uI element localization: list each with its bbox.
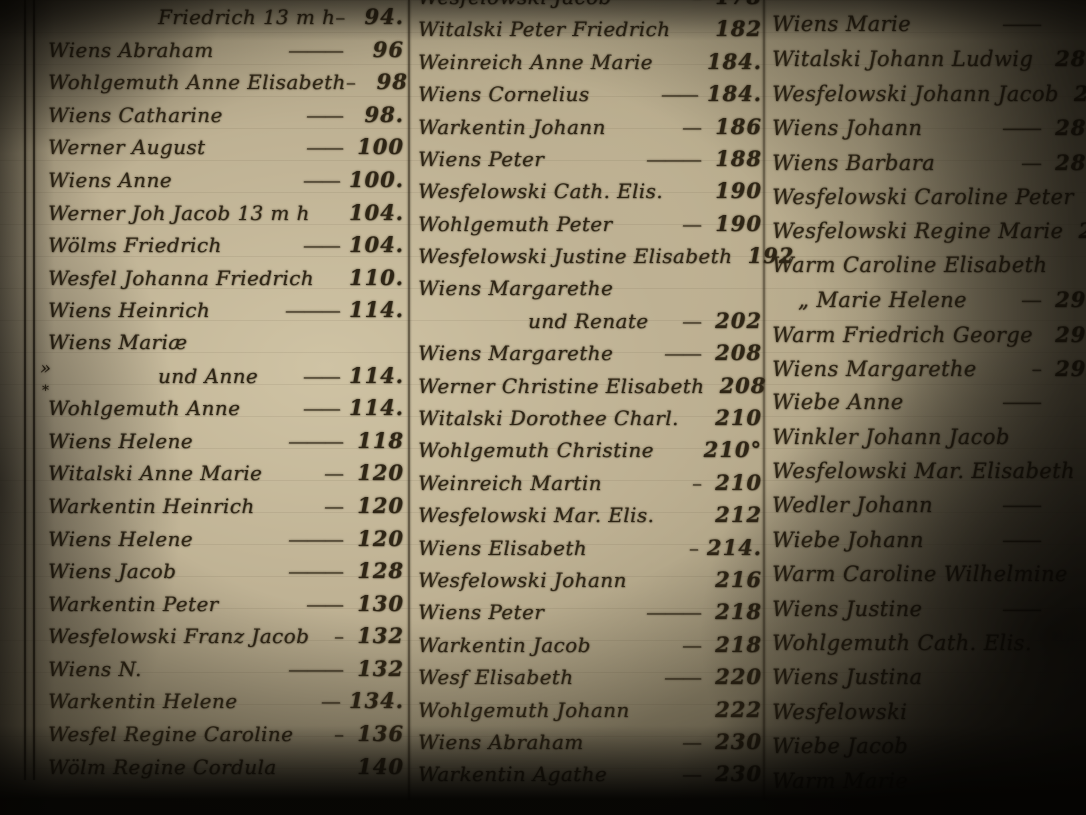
- entry-name: Wiens Catharine: [48, 103, 223, 127]
- register-entry: Wiens Peter ——— 218: [418, 599, 762, 631]
- entry-page-number: 218: [710, 599, 762, 624]
- entry-dash: ———: [142, 657, 352, 681]
- entry-page-number: 188: [710, 146, 762, 171]
- entry-page-number: 130: [352, 591, 404, 616]
- entry-page-number: 98: [356, 69, 408, 94]
- entry-name: und Anne: [158, 364, 258, 388]
- entry-name: Warkentin Peter: [48, 592, 219, 616]
- entry-page-number: 282: [1069, 81, 1086, 106]
- register-entry: Wiens Heinrich ——— 114.: [48, 297, 404, 330]
- entry-page-number: 128: [352, 558, 404, 583]
- entry-page-number: 178: [710, 0, 762, 9]
- entry-page-number: 114.: [349, 363, 404, 388]
- entry-dash: ——: [922, 116, 1050, 140]
- entry-dash: —: [967, 288, 1050, 312]
- entry-page-number: 292: [1050, 356, 1086, 381]
- entry-page-number: 214.: [707, 535, 762, 560]
- entry-page-number: 202: [710, 308, 762, 333]
- register-entry: Warkentin Peter —— 130: [48, 591, 404, 624]
- entry-name: Witalski Dorothee Charl.: [418, 406, 679, 430]
- entry-name: Warkentin Heinrich: [48, 494, 255, 518]
- entry-dash: —: [649, 309, 711, 333]
- column-separator-2: [763, 0, 765, 800]
- entry-dash: ——: [613, 341, 710, 365]
- entry-name: Wohlgemuth Anne Elisabeth: [48, 70, 346, 94]
- entry-page-number: 212: [710, 502, 762, 527]
- entry-page-number: 132: [352, 656, 404, 681]
- entry-page-number: 184.: [707, 81, 762, 106]
- entry-name: Wiens Abraham: [418, 730, 584, 754]
- entry-name: Wesfelowski Mar. Elisabeth: [772, 459, 1075, 483]
- entry-dash: ——: [222, 233, 349, 257]
- entry-name: Wohlgemuth Johann: [418, 698, 630, 722]
- entry-dash: ——: [574, 665, 710, 689]
- entry-name: Wiens Cornelius: [418, 82, 590, 106]
- register-entry: Werner Christine Elisabeth 208: [418, 373, 762, 405]
- entry-page-number: 132: [352, 623, 404, 648]
- entry-name: Wesf Elisabeth: [418, 665, 574, 689]
- register-entry: Wohlgemuth Peter — 190: [418, 211, 762, 243]
- register-entry: Wiebe Anne ——: [772, 390, 1086, 424]
- register-entry: Wölm Regine Cordula 140: [48, 754, 404, 787]
- entry-name: Wiens Jacob: [48, 559, 176, 583]
- register-entry: Wiens Cornelius —— 184.: [418, 81, 762, 113]
- entry-name: Wiens Justine: [772, 597, 922, 621]
- entry-dash: ——: [911, 12, 1050, 36]
- entry-name: Witalski Johann Ludwig: [772, 47, 1033, 71]
- entry-page-number: 96: [352, 37, 404, 62]
- entry-dash: ———: [544, 147, 710, 171]
- entry-name: Wiens Barbara: [772, 151, 935, 175]
- entry-name: Witalski Peter Friedrich: [418, 17, 670, 41]
- entry-name: Wölm Regine Cordula: [48, 755, 277, 779]
- entry-page-number: 284: [1050, 115, 1086, 140]
- register-entry: Weinreich Martin – 210: [418, 470, 762, 502]
- entry-page-number: 136: [352, 721, 404, 746]
- entry-name: Wiens Helene: [48, 527, 193, 551]
- register-entry: Wiens Margarethe – 292: [772, 356, 1086, 390]
- register-entry: Wiens Helene ——— 120: [48, 526, 404, 559]
- register-entry: Wiens Abraham ——— 96: [48, 37, 404, 70]
- register-entry: Warm Friedrich George 290: [772, 322, 1086, 356]
- register-entry: Wesfelowski Regine Marie 288: [772, 218, 1086, 252]
- entry-dash: ——: [922, 597, 1050, 621]
- register-entry: Wiens Abraham — 230: [418, 729, 762, 761]
- register-entry: Wesfelowski Jacob – 178: [418, 0, 762, 16]
- entry-page-number: 222: [710, 697, 762, 722]
- entry-dash: ———: [214, 38, 352, 62]
- entry-page-number: 218: [710, 632, 762, 657]
- entry-name: Wiens Abraham: [48, 38, 214, 62]
- register-entry: Wiens Anne —— 100.: [48, 167, 404, 200]
- entry-page-number: 104.: [349, 200, 404, 225]
- register-entry: Wiebe Johann ——: [772, 528, 1086, 562]
- register-entry: Wesfelowski Johann 216: [418, 567, 762, 599]
- entry-name: Wiebe Jacob: [772, 734, 908, 758]
- entry-page-number: 190: [710, 211, 762, 236]
- entry-name: Wiens Margarethe: [772, 357, 977, 381]
- entry-name: Wesfel Regine Caroline: [48, 722, 293, 746]
- entry-page-number: 104.: [349, 232, 404, 257]
- entry-name: Wesfelowski Johann: [418, 568, 627, 592]
- register-entry: Wesfelowski Justine Elisabeth 192: [418, 243, 762, 275]
- register-entry: Wiens Catharine —— 98.: [48, 102, 404, 135]
- register-entry: Wiens Justina: [772, 665, 1086, 699]
- entry-page-number: 210: [710, 470, 762, 495]
- entry-name: Wesfelowski Johann Jacob: [772, 82, 1059, 106]
- entry-dash: —: [607, 762, 710, 786]
- entry-name: Wiens Margarethe: [418, 341, 613, 365]
- entry-page-number: 118: [352, 428, 404, 453]
- entry-page-number: 216: [710, 567, 762, 592]
- entry-page-number: 120: [352, 460, 404, 485]
- entry-name: Wesfelowski: [772, 700, 907, 724]
- entry-dash: –: [346, 70, 356, 94]
- entry-page-number: 114.: [349, 297, 404, 322]
- entry-name: Werner Christine Elisabeth: [418, 374, 704, 398]
- register-entry: Wesfelowski Johann Jacob 282: [772, 81, 1086, 115]
- entry-page-number: 134.: [349, 688, 404, 713]
- entry-page-number: 120: [352, 526, 404, 551]
- entry-page-number: 288: [1073, 218, 1086, 243]
- entry-page-number: 286: [1050, 150, 1086, 175]
- entry-page-number: 210: [710, 405, 762, 430]
- entry-dash: ——: [924, 528, 1050, 552]
- register-entry: Wohlgemuth Anne —— 114.: [48, 395, 404, 428]
- entry-name: Wesfelowski Franz Jacob: [48, 624, 309, 648]
- entry-page-number: 290: [1050, 322, 1086, 347]
- entry-name: Wohlgemuth Peter: [418, 212, 613, 236]
- register-entry: Warm Caroline Wilhelmine: [772, 562, 1086, 596]
- entry-dash: —: [262, 461, 352, 485]
- entry-name: Wohlgemuth Anne: [48, 396, 240, 420]
- entry-page-number: 290: [1050, 287, 1086, 312]
- entry-page-number: 100: [352, 134, 404, 159]
- entry-name: Werner August: [48, 135, 205, 159]
- column-separator-1: [408, 0, 410, 800]
- register-entry: Warkentin Agathe — 230: [418, 761, 762, 793]
- register-column-1: Friedrich 13 m h – 94. Wiens Abraham ———…: [48, 4, 404, 786]
- entry-name: Wiens Marie: [772, 12, 911, 36]
- register-entry: Wiebe Jacob: [772, 734, 1086, 768]
- entry-page-number: 190: [710, 178, 762, 203]
- register-entry: Wedler Johann ——: [772, 493, 1086, 527]
- margin-annotation-mark: »: [40, 358, 51, 379]
- entry-name: Wohlgemuth Christine: [418, 438, 654, 462]
- register-entry: Weinreich Anne Marie 184.: [418, 49, 762, 81]
- entry-name: Warm Marie: [772, 769, 908, 793]
- register-entry: Wesfelowski Mar. Elisabeth: [772, 459, 1086, 493]
- entry-name: Warm Caroline Elisabeth: [772, 253, 1047, 277]
- left-margin-rule-outer: [24, 0, 26, 780]
- register-entry: Warkentin Heinrich — 120: [48, 493, 404, 526]
- register-entry: Wiens Jacob ——— 128: [48, 558, 404, 591]
- entry-page-number: 110.: [349, 265, 404, 290]
- entry-name: Weinreich Martin: [418, 471, 602, 495]
- entry-page-number: 186: [710, 114, 762, 139]
- register-entry: Winkler Johann Jacob: [772, 425, 1086, 459]
- entry-page-number: 230: [710, 729, 762, 754]
- entry-page-number: 280: [1050, 46, 1086, 71]
- entry-name: Warkentin Helene: [48, 689, 237, 713]
- register-entry: Witalski Johann Ludwig 280: [772, 46, 1086, 80]
- register-entry: Witalski Peter Friedrich 182: [418, 16, 762, 48]
- entry-name: Wiebe Anne: [772, 390, 904, 414]
- entry-name: Wiens Anne: [48, 168, 172, 192]
- entry-dash: —: [613, 212, 710, 236]
- entry-name: Warm Friedrich George: [772, 323, 1033, 347]
- left-margin-rule-inner: [33, 0, 35, 780]
- entry-dash: ——: [172, 168, 349, 192]
- entry-dash: —: [255, 494, 352, 518]
- entry-page-number: 230: [710, 761, 762, 786]
- entry-name: Warkentin Jacob: [418, 633, 591, 657]
- entry-page-number: 114.: [349, 395, 404, 420]
- entry-dash: ———: [544, 600, 710, 624]
- entry-dash: –: [602, 471, 710, 495]
- entry-name: Warkentin Johann: [418, 115, 606, 139]
- entry-dash: —: [935, 151, 1050, 175]
- entry-page-number: 220: [710, 664, 762, 689]
- register-entry: Wiens Barbara — 286: [772, 150, 1086, 184]
- register-entry: und Anne —— 114.: [48, 363, 404, 396]
- register-entry: Wohlgemuth Johann 222: [418, 697, 762, 729]
- register-entry: Wesf Elisabeth —— 220: [418, 664, 762, 696]
- register-entry: Wiens Justine ——: [772, 597, 1086, 631]
- entry-dash: ——: [933, 493, 1050, 517]
- entry-name: Wiens Heinrich: [48, 298, 210, 322]
- entry-page-number: 184.: [707, 49, 762, 74]
- register-entry: Witalski Dorothee Charl. 210: [418, 405, 762, 437]
- margin-annotation-mark: *: [42, 383, 49, 399]
- entry-name: und Renate: [528, 309, 649, 333]
- entry-page-number: 100.: [349, 167, 404, 192]
- register-entry: Warkentin Helene — 134.: [48, 688, 404, 721]
- entry-dash: —: [584, 730, 710, 754]
- entry-dash: ———: [210, 298, 349, 322]
- entry-name: Wiens Johann: [772, 116, 922, 140]
- register-entry: Warkentin Johann — 186: [418, 114, 762, 146]
- register-entry: Wesfelowski Franz Jacob – 132: [48, 623, 404, 656]
- entry-dash: —: [591, 633, 710, 657]
- register-column-2: Wesfelowski Jacob – 178 Witalski Peter F…: [418, 0, 762, 794]
- register-entry: Wesfelowski: [772, 700, 1086, 734]
- register-entry: und Renate — 202: [418, 308, 762, 340]
- register-entry: Wiens Mariæ: [48, 330, 404, 363]
- entry-name: Wesfelowski Justine Elisabeth: [418, 244, 732, 268]
- entry-name: Wesfelowski Jacob: [418, 0, 612, 9]
- register-entry: Witalski Anne Marie — 120: [48, 460, 404, 493]
- entry-name: Wölms Friedrich: [48, 233, 222, 257]
- register-entry: Wiens Elisabeth – 214.: [418, 535, 762, 567]
- register-entry: Warm Marie: [772, 769, 1086, 803]
- entry-page-number: 94.: [352, 4, 404, 29]
- entry-page-number: 98.: [352, 102, 404, 127]
- register-entry: Wesfelowski Caroline Peter 288: [772, 184, 1086, 218]
- entry-dash: ——: [258, 364, 349, 388]
- entry-dash: ———: [193, 527, 352, 551]
- entry-name: Winkler Johann Jacob: [772, 425, 1010, 449]
- register-entry: „ Marie Helene — 290: [772, 287, 1086, 321]
- register-entry: Wohlgemuth Anne Elisabeth – 98: [48, 69, 404, 102]
- register-entry: Werner Joh Jacob 13 m h 104.: [48, 200, 404, 233]
- entry-name: Warkentin Agathe: [418, 762, 607, 786]
- entry-dash: –: [335, 5, 352, 29]
- register-entry: Wiens Johann —— 284: [772, 115, 1086, 149]
- entry-page-number: 182: [710, 16, 762, 41]
- register-page-photo: Friedrich 13 m h – 94. Wiens Abraham ———…: [0, 0, 1086, 815]
- entry-dash: —: [606, 115, 710, 139]
- entry-page-number: 120: [352, 493, 404, 518]
- entry-dash: –: [293, 722, 352, 746]
- register-entry: Wölms Friedrich —— 104.: [48, 232, 404, 265]
- entry-dash: ——: [205, 135, 352, 159]
- entry-name: Werner Joh Jacob 13 m h: [48, 201, 310, 225]
- entry-name: Wiens Peter: [418, 147, 544, 171]
- entry-name: Wiens Peter: [418, 600, 544, 624]
- entry-dash: ———: [176, 559, 352, 583]
- register-entry: Wesfelowski Cath. Elis. 190: [418, 178, 762, 210]
- entry-name: Wesfelowski Cath. Elis.: [418, 179, 663, 203]
- entry-name: Wiebe Johann: [772, 528, 924, 552]
- entry-dash: –: [309, 624, 352, 648]
- entry-page-number: 140: [352, 754, 404, 779]
- entry-dash: —: [237, 689, 348, 713]
- entry-name: Friedrich 13 m h: [158, 5, 335, 29]
- entry-name: Wohlgemuth Cath. Elis.: [772, 631, 1032, 655]
- entry-name: Wedler Johann: [772, 493, 933, 517]
- register-entry: Wesfel Johanna Friedrich 110.: [48, 265, 404, 298]
- entry-dash: –: [587, 536, 707, 560]
- entry-dash: ——: [904, 390, 1050, 414]
- register-column-3: Wiens Marie —— Witalski Johann Ludwig 28…: [772, 12, 1086, 803]
- entry-dash: ——: [219, 592, 352, 616]
- register-entry: Warkentin Jacob — 218: [418, 632, 762, 664]
- entry-name: Wiens Helene: [48, 429, 193, 453]
- entry-name: Wesfel Johanna Friedrich: [48, 266, 314, 290]
- entry-name: Witalski Anne Marie: [48, 461, 262, 485]
- entry-dash: –: [977, 357, 1050, 381]
- entry-name: Wiens Justina: [772, 665, 922, 689]
- register-entry: Wesfel Regine Caroline – 136: [48, 721, 404, 754]
- register-entry: Wiens N. ——— 132: [48, 656, 404, 689]
- register-entry: Wohlgemuth Christine 210°: [418, 437, 762, 469]
- entry-name: Wesfelowski Mar. Elis.: [418, 503, 654, 527]
- entry-page-number: 210°: [704, 437, 762, 462]
- entry-dash: ——: [223, 103, 352, 127]
- entry-dash: ——: [590, 82, 707, 106]
- register-entry: Wiens Margarethe —— 208: [418, 340, 762, 372]
- register-entry: Wesfelowski Mar. Elis. 212: [418, 502, 762, 534]
- register-entry: Warm Caroline Elisabeth: [772, 253, 1086, 287]
- register-entry: Wiens Margarethe: [418, 276, 762, 308]
- register-entry: Wiens Marie ——: [772, 12, 1086, 46]
- register-entry: Wohlgemuth Cath. Elis.: [772, 631, 1086, 665]
- register-entry: Wiens Peter ——— 188: [418, 146, 762, 178]
- entry-page-number: 208: [710, 340, 762, 365]
- register-entry: Werner August —— 100: [48, 134, 404, 167]
- register-entry: Friedrich 13 m h – 94.: [48, 4, 404, 37]
- entry-dash: –: [612, 0, 710, 9]
- entry-dash: ———: [193, 429, 352, 453]
- register-entry: Wiens Helene ——— 118: [48, 428, 404, 461]
- entry-name: Wiens Elisabeth: [418, 536, 587, 560]
- entry-name: Wiens Mariæ: [48, 330, 188, 354]
- entry-name: „ Marie Helene: [798, 288, 967, 312]
- entry-page-number: 208: [714, 373, 766, 398]
- entry-dash: ——: [240, 396, 349, 420]
- entry-name: Wesfelowski Regine Marie: [772, 219, 1063, 243]
- entry-name: Wesfelowski Caroline Peter: [772, 185, 1074, 209]
- entry-name: Weinreich Anne Marie: [418, 50, 653, 74]
- entry-name: Wiens Margarethe: [418, 276, 613, 300]
- entry-name: Warm Caroline Wilhelmine: [772, 562, 1068, 586]
- entry-name: Wiens N.: [48, 657, 142, 681]
